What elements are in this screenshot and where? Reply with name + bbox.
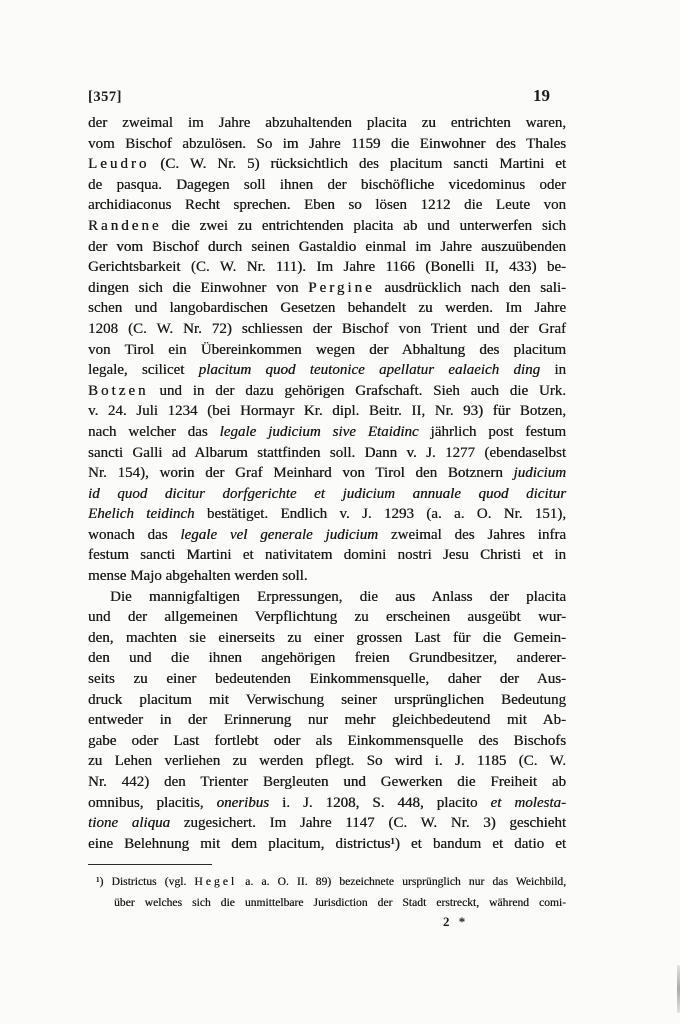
footnote: ¹) Districtus (vgl. Hegel a. a. O. II. 8… (96, 871, 566, 930)
text-line: seits zu einer bedeutenden Einkommensque… (88, 669, 566, 690)
text-line: von Tirol ein Übereinkommen wegen der Ab… (88, 340, 566, 361)
text-line: de pasqua. Dagegen soll ihnen der bischö… (88, 175, 566, 196)
text-line: vom Bischof abzulösen. So im Jahre 1159 … (88, 134, 566, 155)
text-line: Botzen und in der dazu gehörigen Grafsch… (88, 381, 566, 402)
text-line: der zweimal im Jahre abzuhaltenden placi… (88, 113, 566, 134)
text-line: Die mannigfaltigen Erpressungen, die aus… (88, 587, 566, 608)
text-line: und der allgemeinen Verpflichtung zu ers… (88, 607, 566, 628)
text-line: tione aliqua zugesichert. Im Jahre 1147 … (88, 813, 566, 834)
text-line: legale, scilicet placitum quod teutonice… (88, 360, 566, 381)
text-line: Nr. 442) den Trienter Bergleuten und Gew… (88, 772, 566, 793)
text-line: druck placitum mit Verwischung seiner ur… (88, 690, 566, 711)
text-line: wonach das legale vel generale judicium … (88, 525, 566, 546)
page-header: [357] 19 (88, 86, 566, 106)
text-line: archidiaconus Recht sprechen. Eben so lö… (88, 195, 566, 216)
body-text: der zweimal im Jahre abzuhaltenden placi… (88, 113, 566, 854)
text-line: entweder in der Erinnerung nur mehr glei… (88, 710, 566, 731)
footnote-separator-rule (88, 864, 212, 865)
text-line: nach welcher das legale judicium sive Et… (88, 422, 566, 443)
text-line: den und die ihnen angehörigen freien Gru… (88, 648, 566, 669)
text-line: Ehelich teidinch bestätiget. Endlich v. … (88, 504, 566, 525)
text-line: eine Belehnung mit dem placitum, distric… (88, 834, 566, 855)
text-line: id quod dicitur dorfgerichte et judicium… (88, 484, 566, 505)
text-line: v. 24. Juli 1234 (bei Hormayr Kr. dipl. … (88, 401, 566, 422)
sheet-signature-number: [357] (88, 89, 122, 106)
text-line: omnibus, placitis, oneribus i. J. 1208, … (88, 793, 566, 814)
signature-mark: 2 * (96, 914, 566, 930)
text-line: zu Lehen verliehen zu werden pflegt. So … (88, 751, 566, 772)
text-line: dingen sich die Einwohner von Pergine au… (88, 278, 566, 299)
text-line: Gerichtsbarkeit (C. W. Nr. 111). Im Jahr… (88, 257, 566, 278)
footnote-line: über welches sich die unmittelbare Juris… (96, 892, 566, 913)
text-line: sancti Galli ad Albarum stattfinden soll… (88, 443, 566, 464)
book-page: [357] 19 der zweimal im Jahre abzuhalten… (0, 0, 680, 1024)
text-line: 1208 (C. W. Nr. 72) schliessen der Bisch… (88, 319, 566, 340)
text-line: Leudro (C. W. Nr. 5) rücksichtlich des p… (88, 154, 566, 175)
text-line: Randene die zwei zu entrichtenden placit… (88, 216, 566, 237)
text-line: gabe oder Last fortlebt oder als Einkomm… (88, 731, 566, 752)
text-line: mense Majo abgehalten werden soll. (88, 566, 566, 587)
footnote-line: ¹) Districtus (vgl. Hegel a. a. O. II. 8… (96, 871, 566, 892)
text-line: der vom Bischof durch seinen Gastaldio e… (88, 237, 566, 258)
footnote-lines: ¹) Districtus (vgl. Hegel a. a. O. II. 8… (96, 871, 566, 913)
text-line: Nr. 154), worin der Graf Meinhard von Ti… (88, 463, 566, 484)
text-line: schen und langobardischen Gesetzen behan… (88, 298, 566, 319)
text-line: den, machten sie einerseits zu einer gro… (88, 628, 566, 649)
text-line: festum sancti Martini et nativitatem dom… (88, 545, 566, 566)
page-number: 19 (533, 86, 566, 106)
